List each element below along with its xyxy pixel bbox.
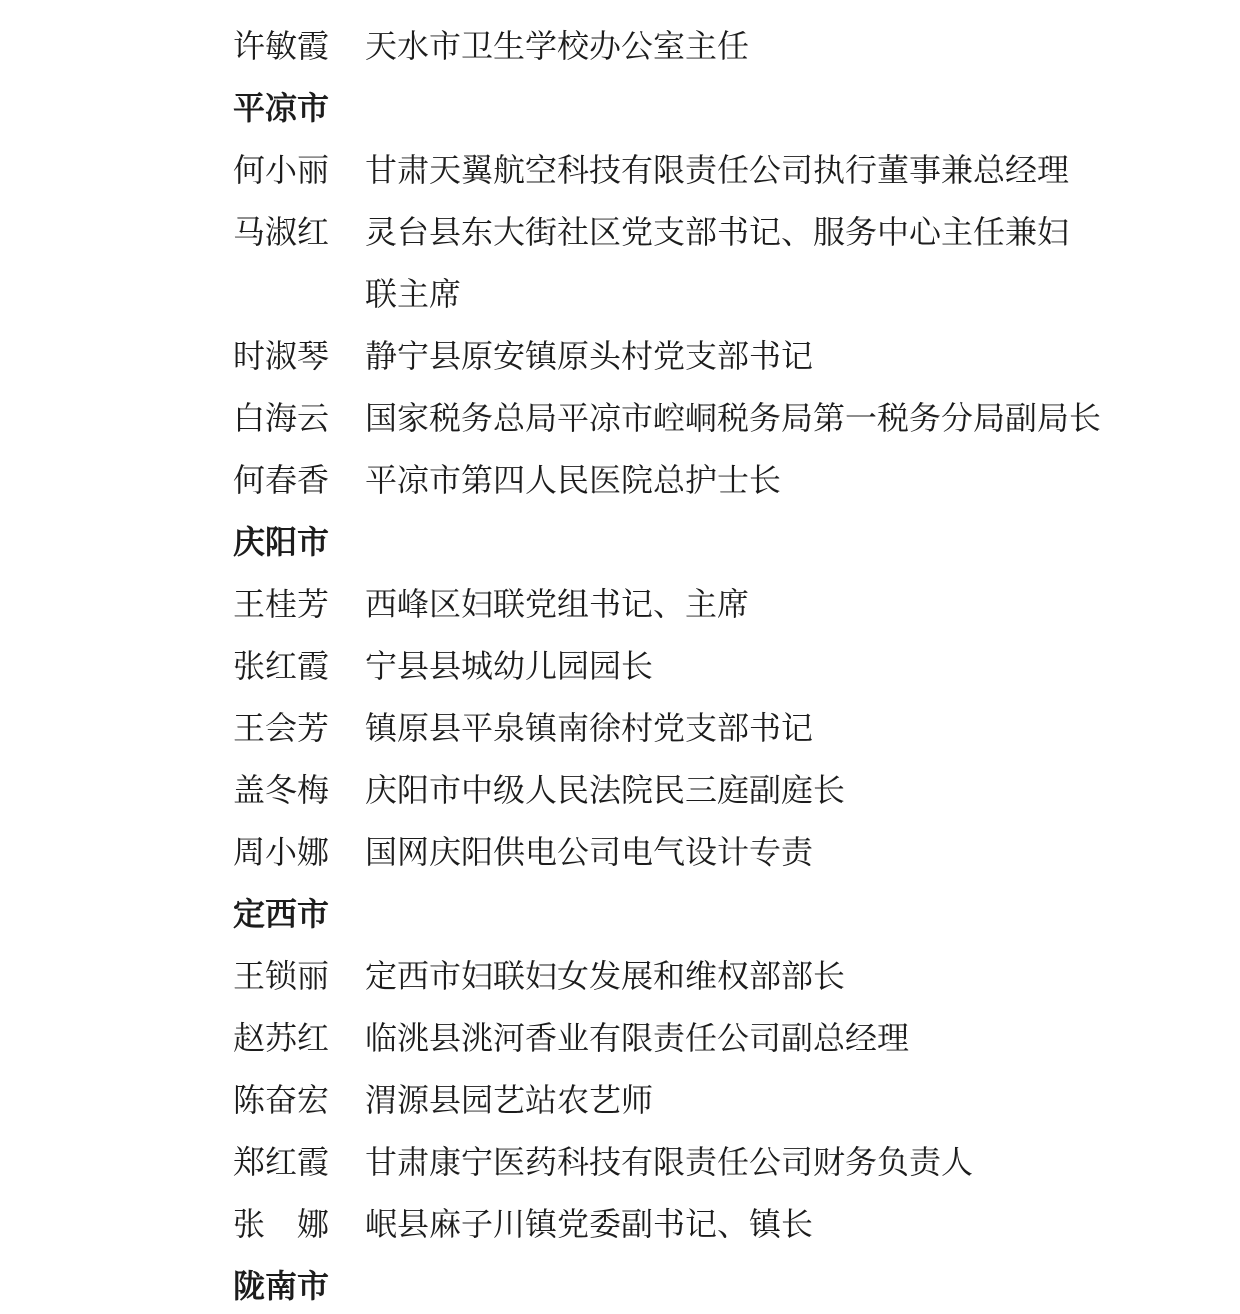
person-title: 甘肃康宁医药科技有限责任公司财务负责人 <box>365 1131 1240 1193</box>
person-name: 马淑红 <box>233 201 365 263</box>
person-name: 赵苏红 <box>233 1007 365 1069</box>
person-title: 定西市妇联妇女发展和维权部部长 <box>365 945 1240 1007</box>
person-title: 灵台县东大街社区党支部书记、服务中心主任兼妇 <box>365 201 1240 263</box>
person-row: 何春香 平凉市第四人民医院总护士长 <box>0 449 1240 511</box>
person-row: 张红霞 宁县县城幼儿园园长 <box>0 635 1240 697</box>
person-title: 临洮县洮河香业有限责任公司副总经理 <box>365 1007 1240 1069</box>
person-row: 赵苏红 临洮县洮河香业有限责任公司副总经理 <box>0 1007 1240 1069</box>
person-title: 平凉市第四人民医院总护士长 <box>365 449 1240 511</box>
person-name: 白海云 <box>233 387 365 449</box>
person-title: 国网庆阳供电公司电气设计专责 <box>365 821 1240 883</box>
person-title: 西峰区妇联党组书记、主席 <box>365 573 1240 635</box>
person-row: 何小丽 甘肃天翼航空科技有限责任公司执行董事兼总经理 <box>0 139 1240 201</box>
person-name: 陈奋宏 <box>233 1069 365 1131</box>
person-row: 时淑琴 静宁县原安镇原头村党支部书记 <box>0 325 1240 387</box>
person-name: 周小娜 <box>233 821 365 883</box>
person-name: 何春香 <box>233 449 365 511</box>
city-section-header: 庆阳市 <box>0 511 1240 573</box>
person-row: 周小娜 国网庆阳供电公司电气设计专责 <box>0 821 1240 883</box>
city-name: 陇南市 <box>233 1255 329 1314</box>
person-row: 马淑红 灵台县东大街社区党支部书记、服务中心主任兼妇 <box>0 201 1240 263</box>
person-name: 王锁丽 <box>233 945 365 1007</box>
person-title: 甘肃天翼航空科技有限责任公司执行董事兼总经理 <box>365 139 1240 201</box>
person-title-continuation: 联主席 <box>0 263 1240 325</box>
person-name: 盖冬梅 <box>233 759 365 821</box>
person-name: 何小丽 <box>233 139 365 201</box>
person-title: 岷县麻子川镇党委副书记、镇长 <box>365 1193 1240 1255</box>
city-name: 庆阳市 <box>233 511 329 573</box>
person-name: 许敏霞 <box>233 15 365 77</box>
person-title: 庆阳市中级人民法院民三庭副庭长 <box>365 759 1240 821</box>
city-section-header: 平凉市 <box>0 77 1240 139</box>
person-name: 张红霞 <box>233 635 365 697</box>
city-section-header: 陇南市 <box>0 1255 1240 1314</box>
person-row: 许敏霞 天水市卫生学校办公室主任 <box>0 15 1240 77</box>
person-title: 镇原县平泉镇南徐村党支部书记 <box>365 697 1240 759</box>
person-row: 王会芳 镇原县平泉镇南徐村党支部书记 <box>0 697 1240 759</box>
person-row: 白海云 国家税务总局平凉市崆峒税务局第一税务分局副局长 <box>0 387 1240 449</box>
person-name: 王桂芳 <box>233 573 365 635</box>
person-title: 国家税务总局平凉市崆峒税务局第一税务分局副局长 <box>365 387 1240 449</box>
person-row: 陈奋宏 渭源县园艺站农艺师 <box>0 1069 1240 1131</box>
person-row: 王锁丽 定西市妇联妇女发展和维权部部长 <box>0 945 1240 1007</box>
person-name: 时淑琴 <box>233 325 365 387</box>
person-name: 郑红霞 <box>233 1131 365 1193</box>
person-row: 张 娜 岷县麻子川镇党委副书记、镇长 <box>0 1193 1240 1255</box>
person-title: 天水市卫生学校办公室主任 <box>365 15 1240 77</box>
person-row: 王桂芳 西峰区妇联党组书记、主席 <box>0 573 1240 635</box>
honor-roll-document: 许敏霞 天水市卫生学校办公室主任 平凉市 何小丽 甘肃天翼航空科技有限责任公司执… <box>0 0 1240 1314</box>
city-name: 定西市 <box>233 883 329 945</box>
person-row: 盖冬梅 庆阳市中级人民法院民三庭副庭长 <box>0 759 1240 821</box>
person-title: 渭源县园艺站农艺师 <box>365 1069 1240 1131</box>
person-title: 宁县县城幼儿园园长 <box>365 635 1240 697</box>
person-name: 王会芳 <box>233 697 365 759</box>
city-section-header: 定西市 <box>0 883 1240 945</box>
city-name: 平凉市 <box>233 77 329 139</box>
person-name: 张 娜 <box>233 1193 365 1255</box>
person-title-wrapped-text: 联主席 <box>365 263 461 325</box>
person-row: 郑红霞 甘肃康宁医药科技有限责任公司财务负责人 <box>0 1131 1240 1193</box>
person-title: 静宁县原安镇原头村党支部书记 <box>365 325 1240 387</box>
